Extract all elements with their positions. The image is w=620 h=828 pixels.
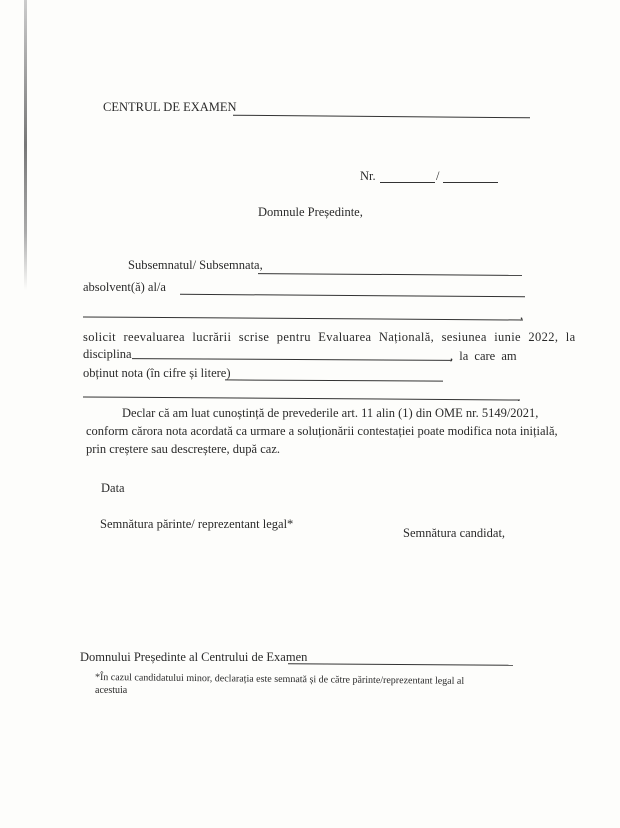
name-field[interactable] xyxy=(258,273,522,276)
number-separator: / xyxy=(436,169,439,184)
footnote-line-1: *În cazul candidatului minor, declarația… xyxy=(95,672,464,687)
comma: , xyxy=(520,308,523,323)
declaration-line-1: Declar că am luat cunoștință de preveder… xyxy=(122,406,538,421)
grade-field[interactable] xyxy=(225,379,443,381)
declaration-line-2: conform cărora nota acordată ca urmare a… xyxy=(86,424,558,439)
grade-field-continued[interactable] xyxy=(83,396,520,400)
footnote-line-2: acestuia xyxy=(95,685,127,696)
school-field[interactable] xyxy=(180,294,525,297)
parent-signature-label: Semnătura părinte/ reprezentant legal* xyxy=(100,517,293,532)
exam-center-field[interactable] xyxy=(233,115,530,119)
addressee-label: Domnului Președinte al Centrului de Exam… xyxy=(80,650,307,665)
period: . xyxy=(517,390,520,405)
request-text: solicit reevaluarea lucrării scrise pent… xyxy=(83,330,576,345)
candidate-signature-label: Semnătura candidat, xyxy=(403,526,505,541)
undersigned-label: Subsemnatul/ Subsemnata, xyxy=(128,258,263,273)
subject-field[interactable] xyxy=(132,358,452,361)
declaration-line-3: prin creștere sau descreștere, după caz. xyxy=(86,442,280,457)
scan-edge-shadow xyxy=(24,0,27,290)
exam-center-label: CENTRUL DE EXAMEN xyxy=(103,100,237,115)
subject-label: disciplina xyxy=(83,347,132,362)
school-field-continued[interactable] xyxy=(83,316,523,320)
date-label: Data xyxy=(101,481,125,496)
grade-connector: , la care am xyxy=(450,349,517,364)
number-label: Nr. xyxy=(360,169,376,184)
grade-label: obținut nota (în cifre și litere) xyxy=(83,366,231,381)
graduate-label: absolvent(ă) al/a xyxy=(83,280,166,295)
addressee-field[interactable] xyxy=(288,663,513,666)
number-year-field[interactable] xyxy=(443,182,498,183)
number-field[interactable] xyxy=(380,182,435,183)
salutation: Domnule Președinte, xyxy=(258,205,363,220)
